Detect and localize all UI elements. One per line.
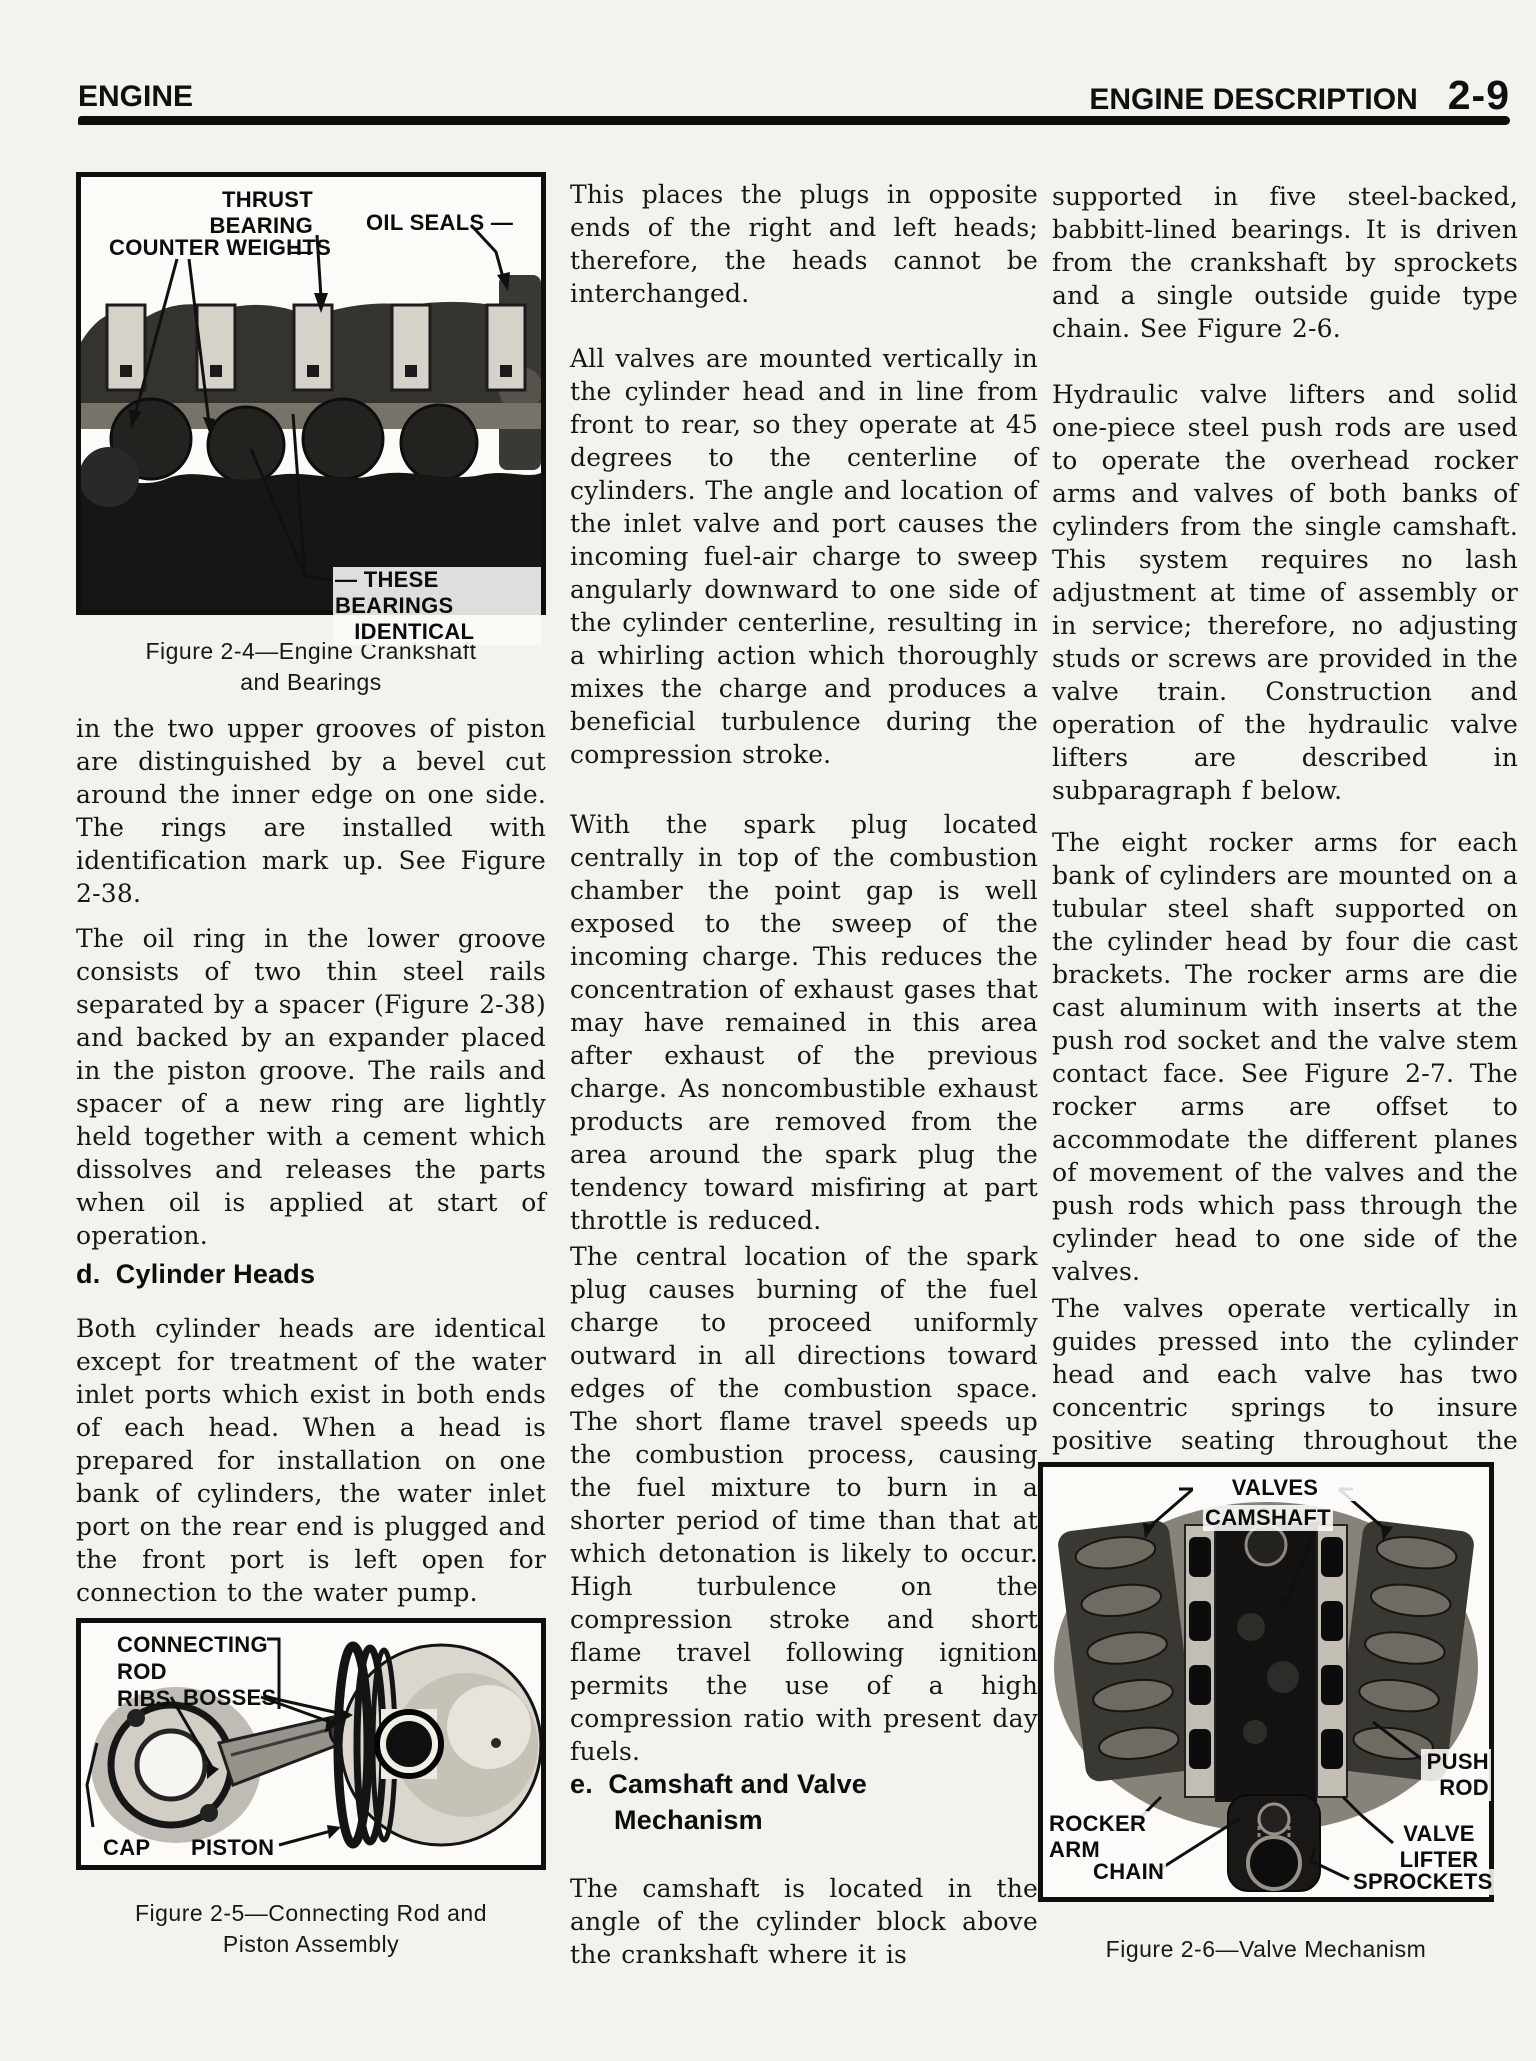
header-rule	[78, 116, 1510, 125]
header-page-title: ENGINE DESCRIPTION	[1089, 83, 1417, 117]
fig25-label-piston: PISTON	[191, 1835, 274, 1861]
figure-2-6-caption: Figure 2-6—Valve Mechanism	[1038, 1934, 1494, 1965]
left-paragraph-1: in the two upper grooves of piston are d…	[76, 712, 546, 910]
fig26-label-valve-lifter: VALVE LIFTER	[1395, 1821, 1483, 1873]
left-paragraph-3: Both cylinder heads are identical except…	[76, 1312, 546, 1609]
fig26-label-rocker-arm: ROCKER ARM	[1047, 1811, 1148, 1863]
middle-paragraph-1: This places the plugs in opposite ends o…	[570, 178, 1038, 310]
manual-page: { "header": { "section": "ENGINE", "titl…	[0, 0, 1536, 2061]
middle-paragraph-5: The camshaft is located in the angle of …	[570, 1872, 1038, 1971]
middle-paragraph-4: The central location of the spark plug c…	[570, 1240, 1038, 1768]
fig26-label-camshaft: CAMSHAFT	[1203, 1505, 1333, 1531]
fig24-label-counter-weights: COUNTER WEIGHTS	[109, 235, 331, 261]
middle-paragraph-2: All valves are mounted vertically in the…	[570, 342, 1038, 771]
figure-2-5: CONNECTING ROD RIBS BOSSES CAP PISTON	[76, 1618, 546, 1870]
header-section-title: ENGINE	[78, 80, 193, 114]
fig26-label-sprockets: SPROCKETS	[1351, 1869, 1495, 1895]
heading-camshaft-valve-mechanism: e. Camshaft and Valve Mechanism	[570, 1766, 1082, 1838]
figure-2-5-caption: Figure 2-5—Connecting Rod and Piston Ass…	[76, 1898, 546, 1960]
right-paragraph-1: supported in five steel-backed, babbitt-…	[1052, 180, 1518, 345]
middle-paragraph-3: With the spark plug located centrally in…	[570, 808, 1038, 1237]
fig26-label-chain: CHAIN	[1091, 1859, 1166, 1885]
figure-2-6: VALVES CAMSHAFT PUSH ROD ROCKER ARM CHAI…	[1038, 1462, 1494, 1902]
fig24-label-bearings-identical: — THESE BEARINGS IDENTICAL	[333, 567, 541, 645]
fig26-label-push-rod: PUSH ROD	[1421, 1749, 1491, 1801]
left-paragraph-2: The oil ring in the lower groove consist…	[76, 922, 546, 1252]
fig24-label-oil-seals: OIL SEALS —	[366, 210, 513, 236]
right-paragraph-3: The eight rocker arms for each bank of c…	[1052, 826, 1518, 1288]
right-paragraph-4: The valves operate vertically in guides …	[1052, 1292, 1518, 1490]
heading-cylinder-heads: d. Cylinder Heads	[76, 1256, 546, 1292]
fig26-label-valves: VALVES	[1193, 1475, 1357, 1501]
fig25-label-bosses: BOSSES	[183, 1685, 277, 1711]
right-paragraph-2: Hydraulic valve lifters and solid one-pi…	[1052, 378, 1518, 807]
page-number: 2-9	[1448, 72, 1510, 119]
header-right: ENGINE DESCRIPTION 2-9	[1089, 72, 1510, 119]
fig25-label-cap: CAP	[103, 1835, 150, 1861]
figure-2-4-caption: Figure 2-4—Engine Crankshaft and Bearing…	[76, 636, 546, 698]
figure-2-4: THRUST BEARING — OIL SEALS — COUNTER WEI…	[76, 172, 546, 615]
